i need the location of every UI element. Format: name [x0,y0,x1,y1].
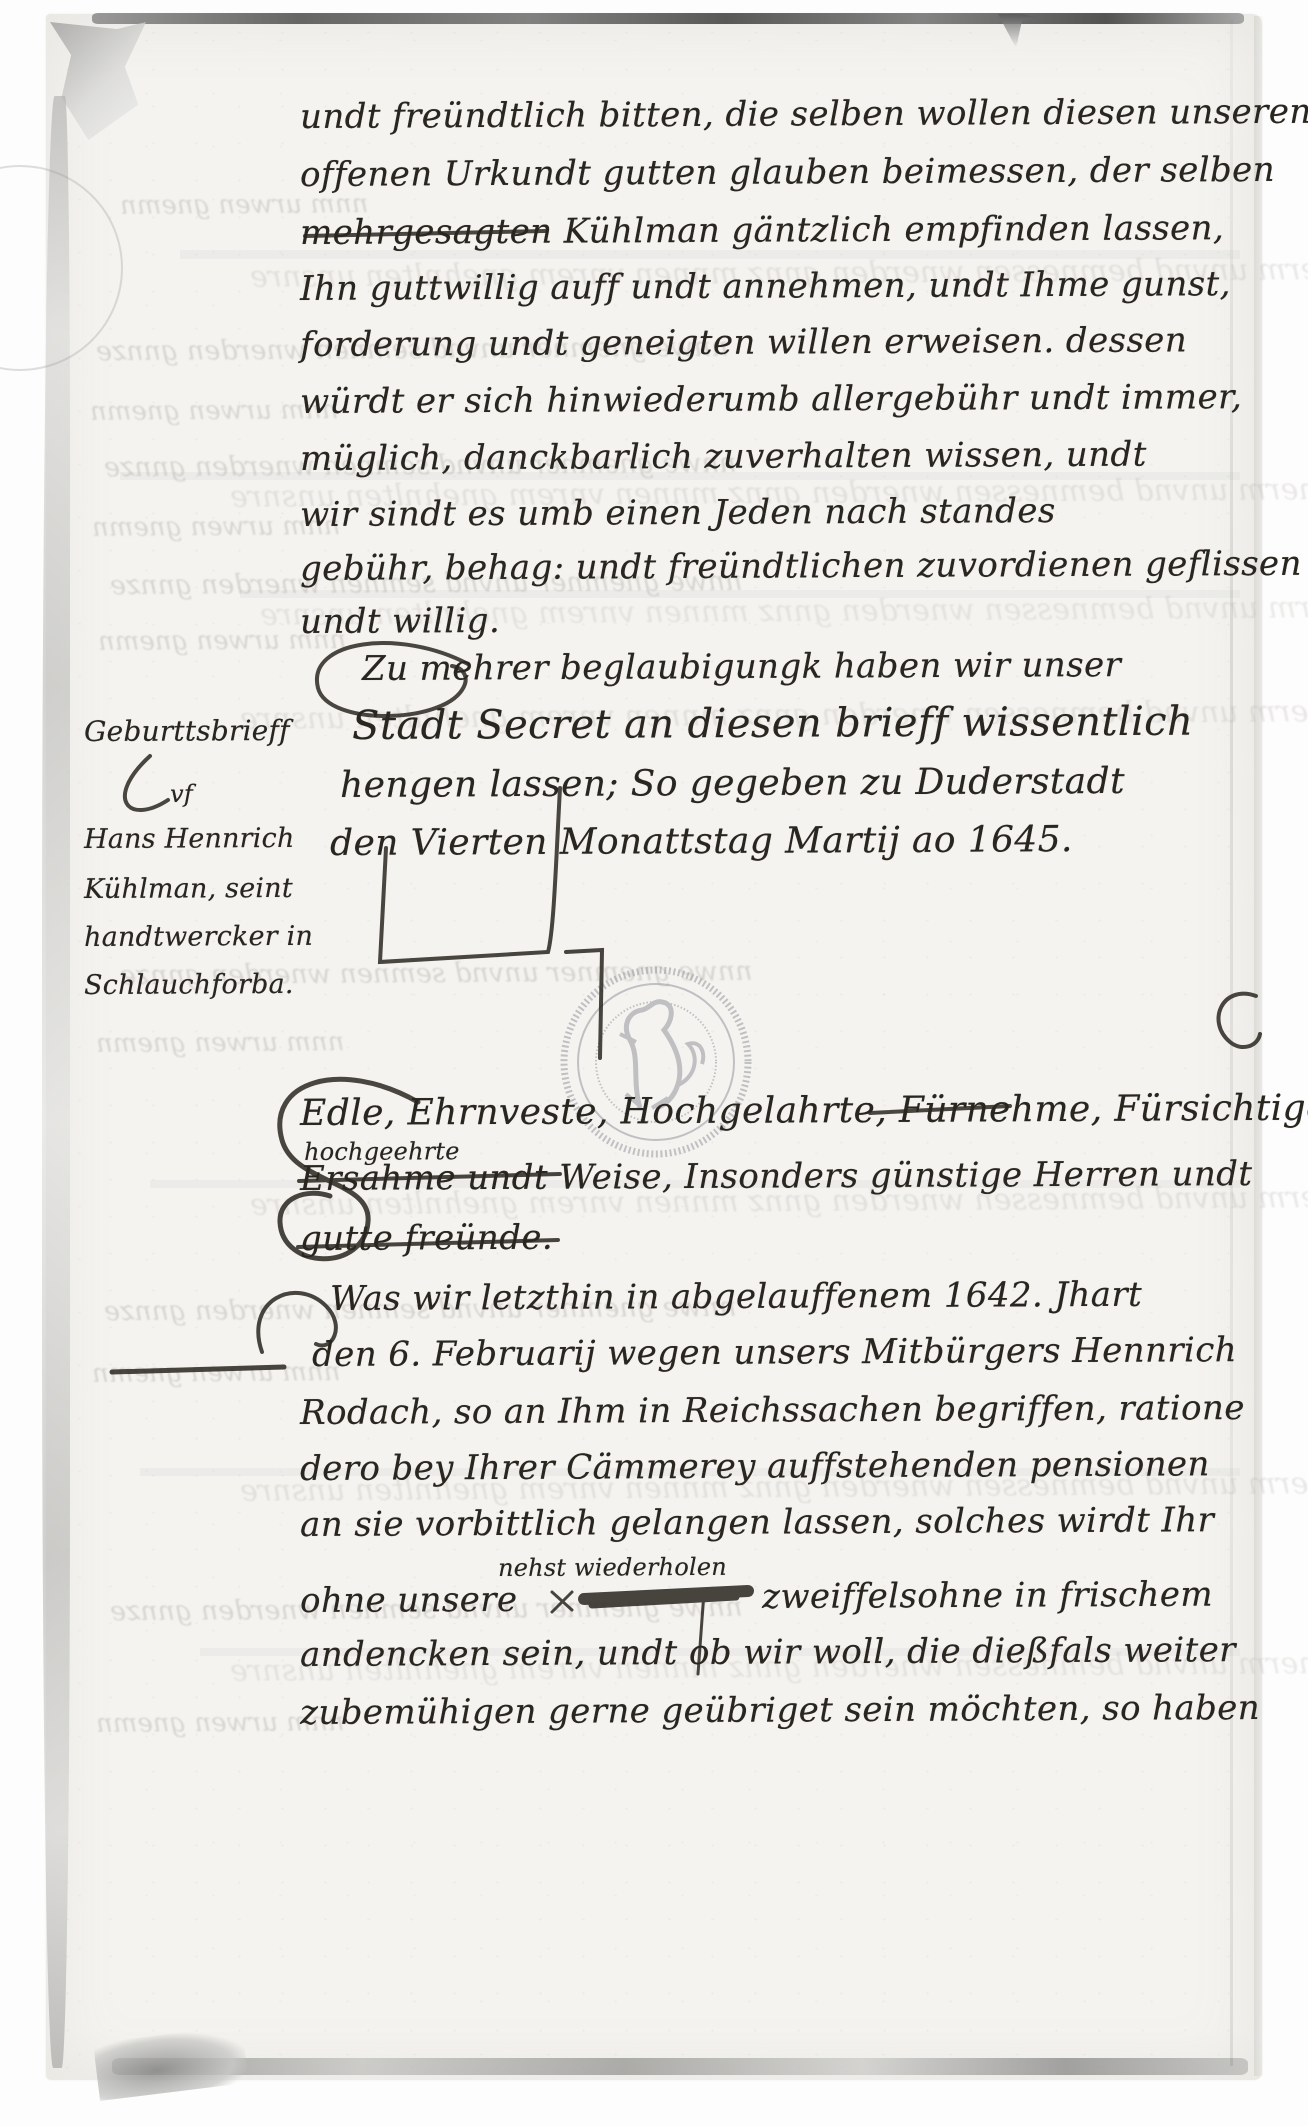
manuscript-scan: nnm urwen gnemn nnwe gnemner unvnd semne… [0,0,1308,2126]
manuscript-line: ohne unsere [300,1583,518,1618]
bleedthrough-line: nnm urwen gnemn [96,1029,345,1057]
margin-note-line: vf [170,782,193,806]
manuscript-line: Ihn guttwillig auff undt annehmen, undt … [300,267,1231,306]
margin-note-line: handtwercker in [84,923,313,951]
address-line: Edle, Ehrnveste, Hochgelahrte, Fürnehme,… [300,1091,1308,1132]
margin-note-line: Kühlman, seint [84,875,293,903]
manuscript-line: dero bey Ihrer Cämmerey auffstehenden pe… [300,1447,1210,1486]
manuscript-line: offenen Urkundt gutten glauben beimessen… [300,153,1275,192]
manuscript-line: Zu mehrer beglaubigungk haben wir unser [362,648,1121,686]
manuscript-line: wir sindt es umb einen Jeden nach stande… [300,494,1056,532]
manuscript-line: den Vierten Monattstag Martij ao 1645. [330,822,1073,862]
manuscript-line: würdt er sich hinwiederumb allergebühr u… [300,380,1242,419]
manuscript-line: zubemühigen gerne geübriget sein möchten… [300,1691,1260,1730]
manuscript-line: undt freündtlich bitten, die selben woll… [300,95,1308,134]
margin-note-line: Hans Hennrich [84,825,295,853]
manuscript-line: den 6. Februarij wegen unsers Mitbürgers… [312,1333,1237,1372]
manuscript-line: Was wir letzthin in abgelauffenem 1642. … [330,1278,1142,1316]
manuscript-line: gebühr, behag: undt freündtlichen zuvord… [300,547,1302,586]
address-line: gutte freünde. [300,1221,553,1256]
manuscript-line: müglich, danckbarlich zuverhalten wissen… [300,438,1147,476]
manuscript-line: Stadt Secret an diesen brieff wissentlic… [352,702,1193,746]
bleedthrough-line: nnm urwen gnemn [92,1359,341,1387]
manuscript-line: undt willig. [300,604,500,639]
address-line: Ersahme undt Weise, Insonders günstige H… [300,1157,1253,1196]
manuscript-line: hengen lassen; So gegeben zu Duderstadt [340,764,1125,804]
manuscript-line: an sie vorbittlich gelangen lassen, solc… [300,1503,1214,1542]
margin-note-line: Schlauchforba. [84,971,294,999]
manuscript-line: andencken sein, undt ob wir woll, die di… [300,1633,1236,1672]
manuscript-line: mehrgesagten Kühlman gäntzlich empfinden… [300,211,1224,250]
manuscript-line: forderung undt geneigten willen erweisen… [300,323,1187,362]
manuscript-line: zweiffelsohne in frischem [762,1578,1213,1614]
manuscript-line: Rodach, so an Ihm in Reichssachen begrif… [300,1391,1245,1430]
margin-note-line: Geburttsbrieff [84,717,290,746]
interlinear-insertion: nehst wiederholen [498,1555,727,1580]
